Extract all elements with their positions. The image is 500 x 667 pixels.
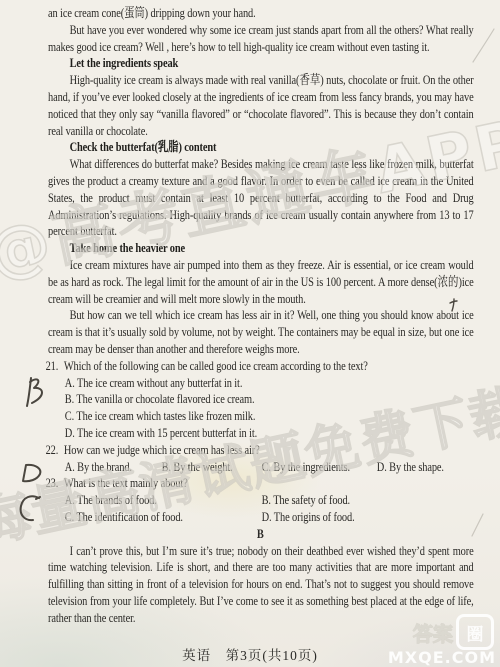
answer-option: C. The ice cream which tastes like froze… (65, 408, 474, 425)
question-23: 23.What is the text mainly about?A. The … (48, 475, 474, 525)
passage-paragraph: an ice cream cone(蛋筒) dripping down your… (48, 5, 474, 22)
answer-option: A. By the brand. (65, 459, 162, 476)
question-stem: 21.Which of the following can be called … (46, 358, 474, 375)
answer-option: B. By the weight. (162, 459, 262, 476)
passage-paragraph: What differences do butterfat make? Besi… (48, 156, 474, 240)
passage-paragraph: Ice cream mixtures have air pumped into … (48, 257, 474, 307)
question-text: What is the text mainly about? (64, 475, 188, 490)
passage-paragraph: But how can we tell which ice cream has … (48, 307, 474, 357)
corner-scan-mark-top (470, 26, 498, 66)
answer-options-row: A. By the brand.B. By the weight.C. By t… (65, 459, 474, 476)
answer-option: A. The ice cream without any butterfat i… (65, 375, 474, 392)
question-text: Which of the following can be called goo… (64, 358, 368, 373)
passage-heading: Let the ingredients speak (48, 55, 474, 72)
question-number: 21. (46, 358, 64, 373)
passage-heading: Check the butterfat(乳脂) content (48, 139, 474, 156)
question-number: 23. (46, 475, 64, 490)
answer-option: C. The identification of food. (65, 509, 262, 526)
answer-option: B. The safety of food. (262, 492, 474, 509)
answer-option: D. By the shape. (377, 459, 444, 476)
answer-option: B. The vanilla or chocolate flavored ice… (65, 391, 474, 408)
passage-heading: Take home the heavier one (48, 240, 474, 257)
passage-paragraph: But have you ever wondered why some ice … (48, 22, 474, 56)
answer-option: D. The ice cream with 15 percent butterf… (65, 425, 474, 442)
handwritten-answer-21-b-mark (24, 375, 48, 409)
passage-paragraph: I can’t prove this, but I’m sure it’s tr… (48, 543, 474, 627)
question-stem: 22.How can we judge which ice cream has … (46, 442, 474, 459)
question-number: 22. (46, 442, 64, 457)
answer-options-row: A. The brands of food.B. The safety of f… (65, 492, 474, 526)
page-footer: 英语 第3页(共10页) (0, 644, 500, 664)
handwritten-answer-23-c-mark (18, 494, 42, 522)
exam-text-content: an ice cream cone(蛋筒) dripping down your… (48, 5, 474, 626)
answer-option: A. The brands of food. (65, 492, 262, 509)
exam-paper-page: an ice cream cone(蛋筒) dripping down your… (0, 0, 500, 667)
handwritten-answer-22-d-mark (20, 461, 48, 485)
answer-option: C. By the ingredients. (262, 459, 377, 476)
answer-option: D. The origins of food. (262, 509, 474, 526)
question-stem: 23.What is the text mainly about? (46, 475, 474, 492)
section-label: B (48, 526, 474, 543)
question-21: 21.Which of the following can be called … (48, 358, 474, 442)
question-text: How can we judge which ice cream has les… (64, 442, 260, 457)
passage-paragraph: High-quality ice cream is always made wi… (48, 72, 474, 139)
question-22: 22.How can we judge which ice cream has … (48, 442, 474, 476)
